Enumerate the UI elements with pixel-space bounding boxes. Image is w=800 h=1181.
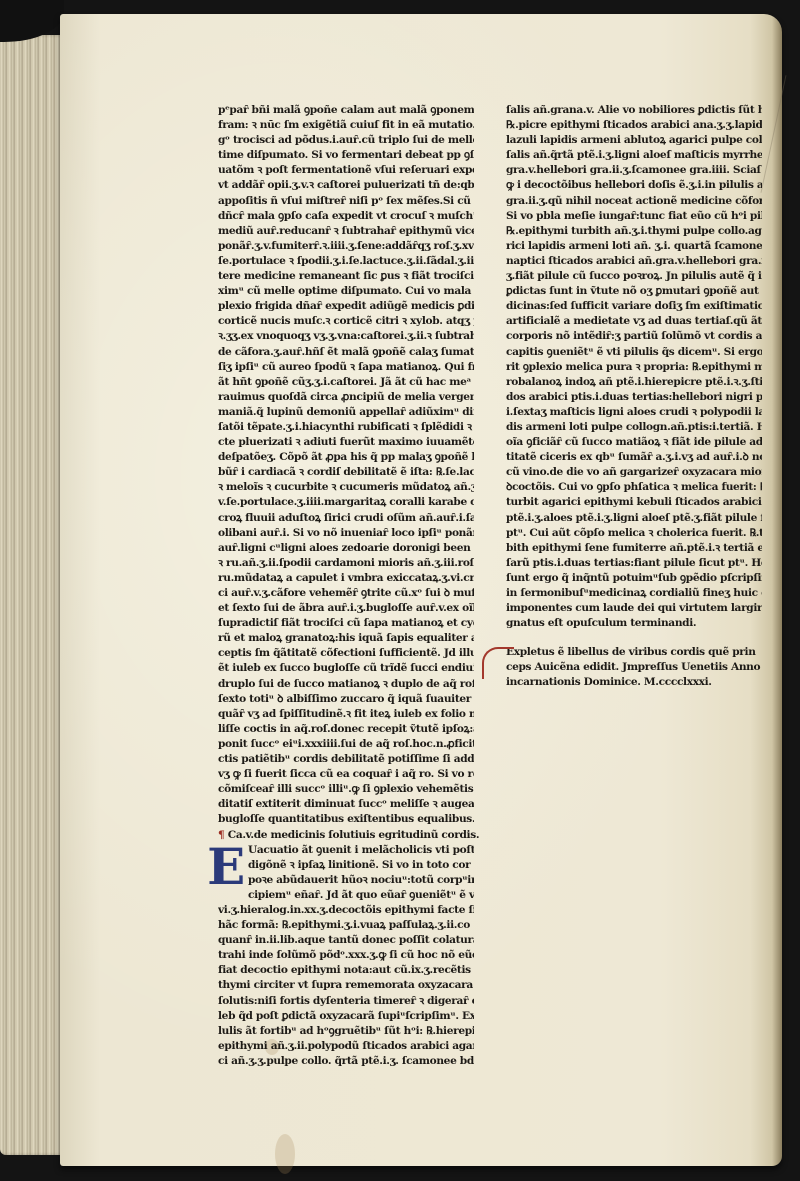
text-line: gnatus eſt opuſculum terminandi.: [506, 616, 762, 631]
text-line: ponit ſuccᵒ eiᵘi.xxxiiii.ſui de aq̃ roſ.…: [218, 737, 474, 752]
text-line: fram: ꝛ nūc ſm exigẽtiã cuiuſ fit in eã …: [218, 118, 474, 133]
right-column-body: ſalis añ.grana.v. Alie vo nobiliores ꝑdi…: [506, 103, 762, 631]
chapter-heading: ¶ Ca.v.de medicinis ſolutiuis egritudinũ…: [218, 828, 474, 843]
text-line: ci auȓ.v.ʒ.cãfore vehemẽȓ ꝯtrite cũ.xᵒ ſ…: [218, 586, 474, 601]
book-scan: pᵉpaȓ bñi malã ꝯpoñe calam aut malã ꝯpon…: [0, 0, 800, 1181]
text-line: ſolutis:niſi fortis dyſenteria timereȓ ꝛ…: [218, 994, 474, 1009]
text-line: in ſermonibuſᵘmedicinaꝝ cordialiũ fineʒ …: [506, 586, 762, 601]
text-line: rũ et maloꝝ granatoꝝ:his iquã ſapis equa…: [218, 631, 474, 646]
text-line: ſe.portulace ꝛ ſpodii.ʒ.i.ſe.lactuce.ʒ.i…: [218, 254, 474, 269]
text-line: ꝙ i decoctõibus hellebori doſis ẽ.ʒ.i.in…: [506, 178, 762, 193]
text-line: epithymi añ.ʒ.ii.polypodũ ſticados arabi…: [218, 1039, 474, 1054]
text-line: vi.ʒ.hieralog.in.xx.ʒ.decoctõis epithymi…: [218, 903, 474, 918]
text-line: v.ſe.portulace.ʒ.iiii.margaritaꝝ coralli…: [218, 495, 474, 510]
text-line: ẽt iuleb ex ſucco bugloſſe cũ trĩdẽ ſucc…: [218, 661, 474, 676]
text-line: ꝛ ru.añ.ʒ.ii.ſpodii cardamoni mioris añ.…: [218, 556, 474, 571]
decorated-initial-letter: E: [204, 845, 248, 889]
text-line: corporis nõ intẽdiȓ:ʒ partiũ ſolũmõ vt c…: [506, 329, 762, 344]
text-line: ℞.picre epithymi ſticados arabici ana.ʒ.…: [506, 118, 762, 133]
text-line: bũȓ i cardiacã ꝛ cordiſ debilitatẽ ẽ iſt…: [218, 465, 474, 480]
text-line: plexio frigida dñaȓ expedit adiũgẽ medic…: [218, 299, 474, 314]
text-line: et ſexto ſui de ãbra auȓ.i.ʒ.bugloſſe au…: [218, 601, 474, 616]
text-line: dos arabici ptis.i.duas tertias:hellebor…: [506, 390, 762, 405]
text-line: quãȓ vʒ ad ſpiſſitudinẽ.ꝛ fit iteꝝ iuleb…: [218, 707, 474, 722]
text-line: rit ꝯplexio melica pura ꝛ propria: ℞.epi…: [506, 360, 762, 375]
text-line: naptici ſticados arabici añ.gra.v.helleb…: [506, 254, 762, 269]
text-line: mediũ auȓ.reducanȓ ꝛ ſubtrahaȓ epithymũ …: [218, 224, 474, 239]
text-line: ptᵘ. Cui aũt cõpſo melica ꝛ cholerica fu…: [506, 526, 762, 541]
text-line: de cãfora.ʒ.auȓ.hñſ ẽt malã ꝯpoñẽ calaʒ …: [218, 345, 474, 360]
text-line: vt addãȓ opii.ʒ.v.ꝛ caſtorei puluerizati…: [218, 178, 474, 193]
text-line: i.ſextaʒ maſticis ligni aloes crudi ꝛ po…: [506, 405, 762, 420]
text-line: pᵉpaȓ bñi malã ꝯpoñe calam aut malã ꝯpon…: [218, 103, 474, 118]
text-line: ci añ.ʒ.ʒ.pulpe collo. q̃rtã ptẽ.i.ʒ. ſc…: [218, 1054, 474, 1069]
text-line: ditatiſ extiterit diminuat ſuccᵒ meliſſe…: [218, 797, 474, 812]
text-line: lulis ãt fortibᵘ ad hᵒꝯgruẽtibᵘ ſũt hᵒi:…: [218, 1024, 474, 1039]
text-line: ceps Auicẽna edidit. Jmpreſſus Uenetiis …: [506, 660, 762, 675]
text-line: hãc formã: ℞.epithymi.ʒ.i.vuaꝝ paſſulaꝝ.…: [218, 918, 474, 933]
text-line: ſarũ ptis.i.duas tertias:fiant pilule ſi…: [506, 556, 762, 571]
text-line: dicinas:ſed ſufficit variare doſiʒ ſm ex…: [506, 299, 762, 314]
text-line: ſupradictiſ fiãt trociſci cũ ſapa matian…: [218, 616, 474, 631]
text-line: druplo ſui de ſucco matianoꝝ ꝛ duplo de …: [218, 677, 474, 692]
text-line: quanȓ in.ii.lib.aque tantũ donec poſſit …: [218, 933, 474, 948]
text-line: auȓ.ligni cᵘligni aloes zedoarie doronig…: [218, 541, 474, 556]
text-line: Si vo pbla meſie iungaȓ:tunc fiat eũo cũ…: [506, 209, 762, 224]
page-edges-stack: [0, 35, 64, 1155]
text-line: ꝺcoctõis. Cui vo ꝯpſo phſatica ꝛ melica …: [506, 480, 762, 495]
text-line: ſatõi tẽpate.ʒ.i.hiacynthi rubificati ꝛ …: [218, 420, 474, 435]
text-line: dis armeni loti pulpe collogn.añ.ptis:i.…: [506, 420, 762, 435]
chapter-heading-text: Ca.v.de medicinis ſolutiuis egritudinũ c…: [228, 829, 479, 841]
text-line: cte pluerizati ꝛ adiuti fuerũt maximo iu…: [218, 435, 474, 450]
text-line: bith epithymi ſene fumiterre añ.ptẽ.i.ꝛ …: [506, 541, 762, 556]
text-line: ꝛ.ʒʒ.ex vnoquoqʒ vʒ.ʒ.vna:caſtorei.ʒ.ii.…: [218, 329, 474, 344]
text-line: imponentes cum laude dei qui virtutem la…: [506, 601, 762, 616]
text-line: titatẽ ciceris ex qbᵘ ſumãȓ a.ʒ.i.vʒ ad …: [506, 450, 762, 465]
text-line: ʒ.fiãt pilule cũ ſucco poꝛroꝝ. Jn piluli…: [506, 269, 762, 284]
paper-crease: [761, 75, 787, 193]
text-line: olibani auȓ.i. Si vo nõ inueniaȓ loco ip…: [218, 526, 474, 541]
text-line: ctis patiẽtibᵘ cordis debilitatẽ potiſſi…: [218, 752, 474, 767]
left-column-body: pᵉpaȓ bñi malã ꝯpoñe calam aut malã ꝯpon…: [218, 103, 474, 828]
text-line: cipiemᵘ eñaȓ. Jd ãt quo eũaȓ ꝯueniẽtᵘ ẽ …: [218, 888, 474, 903]
text-line: lazuli lapidis armeni ablutoꝝ agarici pu…: [506, 133, 762, 148]
text-line: vʒ ꝙ ſi fuerit ſicca cũ ea coquaȓ i aq̃ …: [218, 767, 474, 782]
text-line: gra.ii.ʒ.qũ nihil noceat actionẽ medicin…: [506, 194, 762, 209]
text-line: thymi circiter vt ſupra rememorata oxyza…: [218, 978, 474, 993]
text-line: gᵒ trocisci ad põdus.i.auȓ.cũ triplo ſui…: [218, 133, 474, 148]
text-line: ℞.epithymi turbith añ.ʒ.i.thymi pulpe co…: [506, 224, 762, 239]
text-line: incarnationis Dominice. M.cccclxxxi.: [506, 675, 762, 690]
text-line: oĩa ꝯficiãȓ cũ ſucco matiãoꝝ ꝛ fiãt ide …: [506, 435, 762, 450]
text-line: ru.mũdataꝝ a capulet i vmbra exiccataꝝ.ʒ…: [218, 571, 474, 586]
chapter-opening: E Uacuatio ãt ꝯuenit i melãcholicis vti …: [218, 843, 474, 1069]
text-line: liſſe coctis in aq̃.roſ.donec recepit ṽt…: [218, 722, 474, 737]
text-line: maniã.q̃ lupinũ demoniũ appellaȓ adiũxim…: [218, 405, 474, 420]
text-line: croꝝ fluuii aduſtoꝝ ſirici crudi oſũm añ…: [218, 511, 474, 526]
text-line: ꝛ meloĩs ꝛ cucurbite ꝛ cucumeris mũdatoꝝ…: [218, 480, 474, 495]
text-line: rici lapidis armeni loti añ. ʒ.i. quartã…: [506, 239, 762, 254]
text-line: Expletus ẽ libellus de viribus cordis qu…: [506, 645, 762, 660]
text-line: poꝛe abũdauerit hũoꝛ nociuᵘ:totũ corpᵘin: [218, 873, 474, 888]
text-line: ſexto totiᵘ ꝺ albiſſimo zuccaro q̃ iquã …: [218, 692, 474, 707]
right-text-column: ſalis añ.grana.v. Alie vo nobiliores ꝑdi…: [506, 103, 762, 691]
left-text-column: pᵉpaȓ bñi malã ꝯpoñe calam aut malã ꝯpon…: [218, 103, 474, 1069]
text-line: appoſitis ñ vſui miſtreȓ niſi pᵒ ſex mẽſ…: [218, 194, 474, 209]
text-line: dñcȓ mala ꝯpſo caſa expedit vt crocuſ ꝛ …: [218, 209, 474, 224]
text-line: tere medicine remaneant ſic ꝑus ꝛ fiãt t…: [218, 269, 474, 284]
text-line: ꝑdictas ſunt in ṽtute nõ oʒ ꝑmutari ꝯpoñ…: [506, 284, 762, 299]
text-line: capitis ꝯueniẽtᵘ ẽ vti pilulis q̃s dicem…: [506, 345, 762, 360]
text-line: time diſpumato. Si vo fermentari debeat …: [218, 148, 474, 163]
text-line: corticẽ nucis muſc.ꝛ corticẽ citri ꝛ xyl…: [218, 314, 474, 329]
text-line: ponãȓ.ʒ.v.fumiterȓ.ꝛ.iiii.ʒ.ſene:addãȓqʒ…: [218, 239, 474, 254]
text-line: Uacuatio ãt ꝯuenit i melãcholicis vti po…: [218, 843, 474, 858]
text-line: ſiʒ ipſiᵘ cũ aureo ſpodũ ꝛ ſapa matianoꝝ…: [218, 360, 474, 375]
text-line: cõmiſceaȓ illi succᵒ illiᵘ.ꝙ ſi ꝯplexio …: [218, 782, 474, 797]
text-line: ximᵘ cũ melle optime diſpumato. Cui vo m…: [218, 284, 474, 299]
text-line: artificialẽ a medietate vʒ ad duas terti…: [506, 314, 762, 329]
text-line: uatõm ꝛ poſt fermentationẽ vſui reſeruar…: [218, 163, 474, 178]
colophon: Expletus ẽ libellus de viribus cordis qu…: [506, 645, 762, 690]
text-line: ãt hñt ꝯpoñẽ cũʒ.ʒ.i.caſtorei. Jã ãt cũ …: [218, 375, 474, 390]
text-line: ceptis ſm q̃ãtitatẽ cõfectioni ſufficien…: [218, 646, 474, 661]
text-line: digõnẽ ꝛ ipſaꝝ linitionẽ. Si vo in toto …: [218, 858, 474, 873]
text-line: robalanoꝝ indoꝝ añ ptẽ.i.hierepicre ptẽ.…: [506, 375, 762, 390]
text-line: bugloſſe quantitatibus exiſtentibus equa…: [218, 812, 474, 827]
text-line: leb q̃d poſt ꝑdictã oxyzacarã ſupiᵘſcrip…: [218, 1009, 474, 1024]
text-line: cũ vino.de die vo añ gargarizeȓ oxyzacar…: [506, 465, 762, 480]
text-line: rauimus quoſdã circa ꝓncipiũ de melia ve…: [218, 390, 474, 405]
text-line: ſalis añ.q̃rtã ptẽ.i.ʒ.ligni aloeſ maſti…: [506, 148, 762, 163]
text-line: deſpatõeʒ. Cõpõ ãt ꝓpa his q̃ pp malaʒ ꝯ…: [218, 450, 474, 465]
rubric-flourish-icon: [482, 647, 514, 679]
text-line: fiat decoctio epithymi nota:aut cũ.ix.ʒ.…: [218, 963, 474, 978]
chapter-body: Uacuatio ãt ꝯuenit i melãcholicis vti po…: [218, 843, 474, 1069]
paper-stain: [275, 1134, 295, 1174]
text-line: ſalis añ.grana.v. Alie vo nobiliores ꝑdi…: [506, 103, 762, 118]
text-line: trahi inde ſolũmõ põdᵒ.xxx.ʒ.ꝙ ſi cũ hoc…: [218, 948, 474, 963]
text-line: turbit agarici epithymi kebuli ſticados …: [506, 495, 762, 510]
text-line: ſunt ergo q̃ inq̃ntũ potuimᵘſub ꝯpẽdio p…: [506, 571, 762, 586]
text-line: gra.v.hellebori gra.ii.ʒ.ſcamonee gra.ii…: [506, 163, 762, 178]
colophon-text: Expletus ẽ libellus de viribus cordis qu…: [506, 645, 762, 690]
text-line: ptẽ.i.ʒ.aloes ptẽ.i.ʒ.ligni aloeſ ptẽ.ʒ.…: [506, 511, 762, 526]
